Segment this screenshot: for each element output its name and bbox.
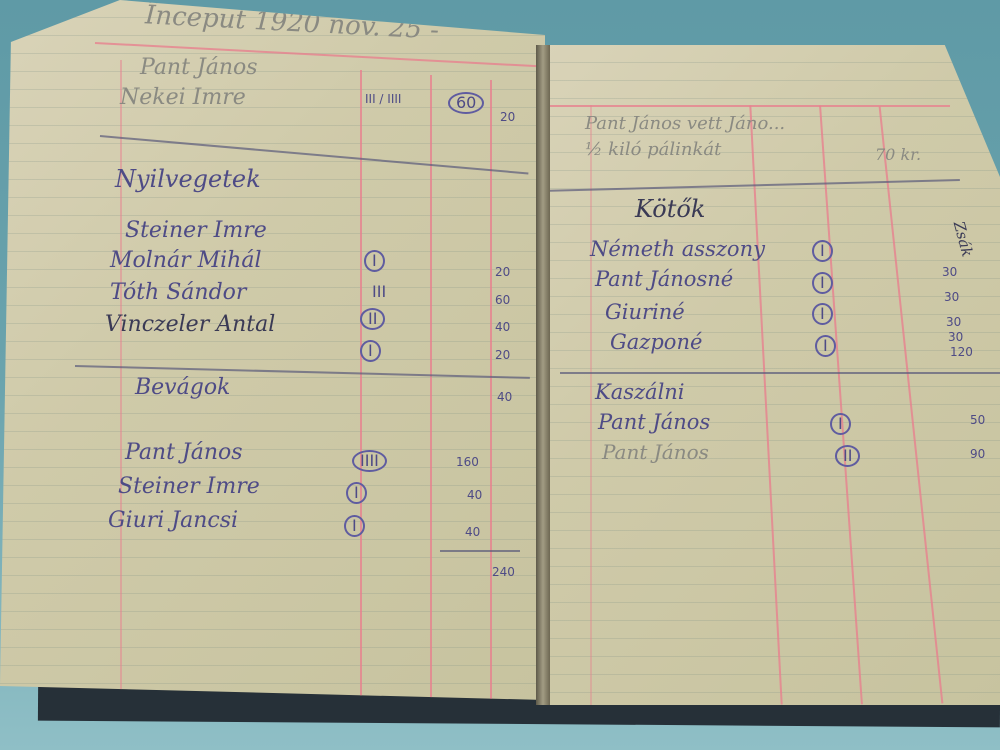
ledger-date-header: Început 1920 nov. 25 - bbox=[144, 0, 439, 45]
entry-name: Gazponé bbox=[610, 330, 702, 354]
entry-value: 30 bbox=[946, 315, 961, 329]
entry-value: 30 bbox=[944, 290, 959, 304]
entry-value: 40 bbox=[495, 320, 510, 334]
entry-value: 50 bbox=[970, 413, 985, 427]
tally: I bbox=[364, 250, 385, 272]
entry-name: Tóth Sándor bbox=[110, 280, 246, 305]
section-title: Nyilvegetek bbox=[115, 165, 261, 193]
entry-name: Pant János bbox=[602, 440, 709, 464]
entry-value: 30 bbox=[948, 330, 963, 344]
entry-name: Pant Jánosné bbox=[595, 267, 733, 291]
entry-value: 60 bbox=[495, 293, 510, 307]
entry-name: Giuri Jancsi bbox=[108, 508, 238, 533]
entry-name: Giuriné bbox=[605, 300, 685, 324]
tally: III bbox=[372, 282, 386, 301]
tally: I bbox=[360, 340, 381, 362]
entry-name: Pant János bbox=[125, 440, 243, 465]
entry-name: Vinczeler Antal bbox=[105, 312, 275, 337]
tally: I bbox=[346, 482, 367, 504]
entry-name: Pant János bbox=[140, 55, 258, 80]
entry-value: 30 bbox=[942, 265, 957, 279]
circled-value: 60 bbox=[448, 92, 484, 114]
section-title: Kötők bbox=[635, 195, 705, 223]
section-total: 120 bbox=[950, 345, 973, 359]
left-page: Început 1920 nov. 25 - Pant János Nekei … bbox=[0, 0, 545, 700]
entry-value: 20 bbox=[495, 265, 510, 279]
section-total: 240 bbox=[492, 565, 515, 579]
tally: I bbox=[830, 413, 851, 435]
entry-value: 40 bbox=[465, 525, 480, 539]
tally: I bbox=[815, 335, 836, 357]
entry-name: Molnár Mihál bbox=[110, 248, 262, 273]
tally: I bbox=[344, 515, 365, 537]
entry-value: 90 bbox=[970, 447, 985, 461]
entry-name: Steiner Imre bbox=[118, 474, 260, 499]
entry-value: 20 bbox=[500, 110, 515, 124]
tally: I bbox=[812, 240, 833, 262]
tally: IIII bbox=[352, 450, 387, 472]
entry-name: Pant János bbox=[598, 410, 710, 434]
header-value: 70 kr. bbox=[875, 145, 921, 164]
header-line: Pant János vett Jáno... bbox=[585, 113, 785, 134]
right-page: Pant János vett Jáno... ½ kiló pálinkát … bbox=[540, 45, 1000, 705]
book-spine bbox=[536, 45, 550, 705]
tally: I bbox=[812, 272, 833, 294]
tally: III / IIII bbox=[365, 92, 401, 106]
tally: II bbox=[360, 308, 385, 330]
header-line: ½ kiló pálinkát bbox=[585, 139, 721, 160]
tally: II bbox=[835, 445, 860, 467]
section-title: Kaszálni bbox=[595, 380, 685, 404]
entry-value: 40 bbox=[467, 488, 482, 502]
entry-value: 160 bbox=[456, 455, 479, 469]
section-title: Bevágok bbox=[135, 375, 230, 400]
entry-name: Nekei Imre bbox=[120, 85, 246, 110]
side-label: Zsák bbox=[950, 219, 977, 259]
entry-name: Németh asszony bbox=[590, 237, 765, 261]
tally: I bbox=[812, 303, 833, 325]
entry-name: Steiner Imre bbox=[125, 218, 267, 243]
entry-value: 20 bbox=[495, 348, 510, 362]
carry-value: 40 bbox=[497, 390, 512, 404]
